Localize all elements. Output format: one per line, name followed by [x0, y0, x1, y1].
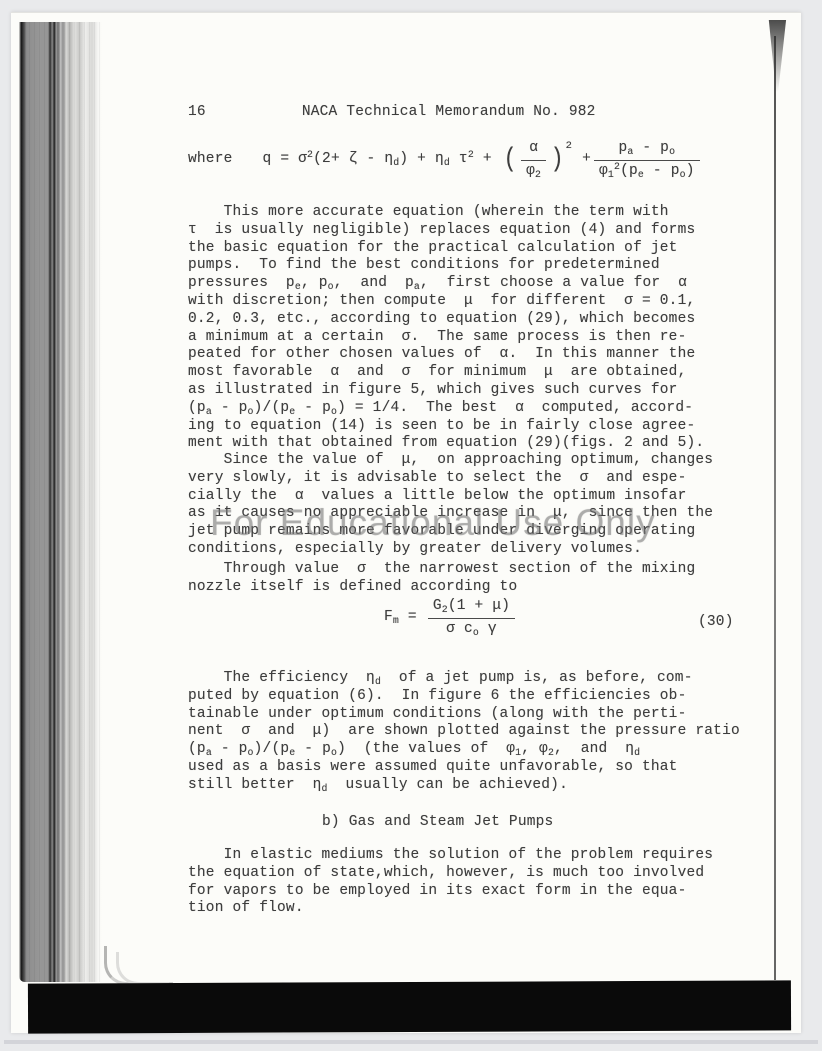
paren-exponent: 2 [566, 138, 573, 156]
plus-sign: + [582, 151, 591, 169]
fraction-denominator: φ2 [521, 160, 546, 181]
text-line: Through value σ the narrowest section of… [188, 561, 695, 579]
text-line: the basic equation for the practical cal… [188, 240, 704, 258]
text-line: ment with that obtained from equation (2… [188, 435, 704, 453]
text-line: a minimum at a certain σ. The same proce… [188, 329, 704, 347]
text-line: (pa - po)/(pe - po) = 1/4. The best α co… [188, 400, 704, 418]
text-line: for vapors to be employed in its exact f… [188, 883, 713, 901]
page-edge-line [774, 36, 776, 980]
fraction-fm: G2(1 + μ) σ co γ [428, 598, 515, 639]
header-title: NACA Technical Memorandum No. 982 [302, 104, 596, 122]
scanner-black-band [28, 980, 791, 1033]
text-line: nozzle itself is defined according to [188, 579, 695, 597]
fraction-pressure-ratio: pa - po φ12(pe - po) [594, 140, 700, 181]
paragraph-5: In elastic mediums the solution of the p… [188, 847, 713, 918]
paragraph-3: Through value σ the narrowest section of… [188, 561, 695, 597]
text-line: In elastic mediums the solution of the p… [188, 847, 713, 865]
page-corner-curl-inner [116, 952, 169, 985]
text-line: puted by equation (6). In figure 6 the e… [188, 688, 740, 706]
text-line: very slowly, it is advisable to select t… [188, 470, 713, 488]
equation-fm: Fm = G2(1 + μ) σ co γ [384, 598, 518, 639]
fraction-denominator: φ12(pe - po) [594, 160, 700, 181]
text-line: peated for other chosen values of α. In … [188, 346, 704, 364]
fraction-denominator: σ co γ [428, 618, 515, 639]
text-line: most favorable α and σ for minimum μ are… [188, 364, 704, 382]
text-line: 0.2, 0.3, etc., according to equation (2… [188, 311, 704, 329]
section-heading: b) Gas and Steam Jet Pumps [322, 814, 553, 832]
text-line: Since the value of μ, on approaching opt… [188, 452, 713, 470]
text-line: pressures pe, po, and pa, first choose a… [188, 275, 704, 293]
text-line: The efficiency ηd of a jet pump is, as b… [188, 670, 740, 688]
book-binding-edge [19, 22, 102, 982]
close-paren: ) [551, 147, 564, 174]
paragraph-4: The efficiency ηd of a jet pump is, as b… [188, 670, 740, 795]
text-line: used as a basis were assumed quite unfav… [188, 759, 740, 777]
text-line: tainable under optimum conditions (along… [188, 706, 740, 724]
fraction-numerator: pa - po [594, 140, 700, 160]
equation-q-prefix: where [188, 151, 233, 169]
text-line: with discretion; then compute μ for diff… [188, 293, 704, 311]
fraction-numerator: G2(1 + μ) [428, 598, 515, 618]
text-line: still better ηd usually can be achieved)… [188, 777, 740, 795]
text-line: (pa - po)/(pe - po) (the values of φ1, φ… [188, 741, 740, 759]
text-line: ing to equation (14) is seen to be in fa… [188, 418, 704, 436]
text-line: as illustrated in figure 5, which gives … [188, 382, 704, 400]
equation-q: where q = σ2(2+ ζ - ηd) + ηd τ2 + ( α φ2… [188, 140, 703, 181]
equation-number-30: (30) [698, 614, 734, 632]
equation-fm-lhs: Fm = [384, 609, 417, 627]
watermark: For Educational Use Only [210, 502, 670, 544]
fraction-numerator: α [521, 140, 546, 160]
text-line: This more accurate equation (wherein the… [188, 204, 704, 222]
fraction-alpha-phi2: α φ2 [521, 140, 546, 181]
text-line: the equation of state,which, however, is… [188, 865, 713, 883]
open-paren: ( [503, 147, 516, 174]
page-number: 16 [188, 104, 206, 122]
scanned-document-page: 16 NACA Technical Memorandum No. 982 whe… [0, 0, 822, 1051]
text-line: τ is usually negligible) replaces equati… [188, 222, 704, 240]
text-line: pumps. To find the best conditions for p… [188, 257, 704, 275]
text-line: tion of flow. [188, 900, 713, 918]
equation-q-body: q = σ2(2+ ζ - ηd) + ηd τ2 + [263, 151, 492, 169]
text-line: nent σ and μ) are shown plotted against … [188, 723, 740, 741]
page-header: 16 NACA Technical Memorandum No. 982 [188, 104, 596, 122]
paragraph-1: This more accurate equation (wherein the… [188, 204, 704, 453]
frame-bottom-line [4, 1040, 818, 1044]
